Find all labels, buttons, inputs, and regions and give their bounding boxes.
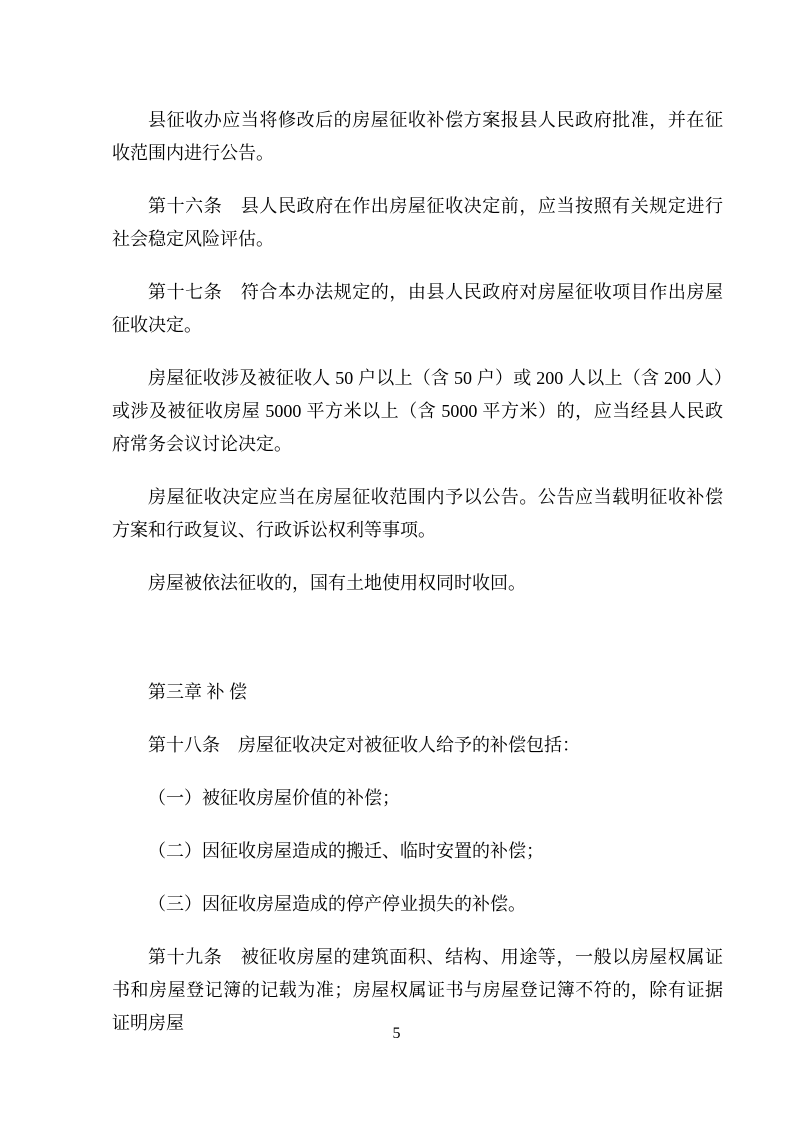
document-body: 县征收办应当将修改后的房屋征收补偿方案报县人民政府批准，并在征收范围内进行公告。… (112, 104, 723, 1060)
paragraph: 房屋征收涉及被征收人 50 户以上（含 50 户）或 200 人以上（含 200… (112, 362, 723, 461)
paragraph: 县征收办应当将修改后的房屋征收补偿方案报县人民政府批准，并在征收范围内进行公告。 (112, 104, 723, 170)
paragraph: （二）因征收房屋造成的搬迁、临时安置的补偿； (112, 835, 723, 868)
paragraph: 房屋被依法征收的，国有土地使用权同时收回。 (112, 567, 723, 600)
paragraph: （一）被征收房屋价值的补偿； (112, 782, 723, 815)
paragraph: （三）因征收房屋造成的停产停业损失的补偿。 (112, 888, 723, 921)
paragraph: 第十七条 符合本办法规定的，由县人民政府对房屋征收项目作出房屋征收决定。 (112, 276, 723, 342)
chapter-heading: 第三章 补 偿 (112, 676, 723, 709)
paragraph: 第十六条 县人民政府在作出房屋征收决定前，应当按照有关规定进行社会稳定风险评估。 (112, 190, 723, 256)
paragraph: 房屋征收决定应当在房屋征收范围内予以公告。公告应当载明征收补偿方案和行政复议、行… (112, 481, 723, 547)
page-number: 5 (0, 1017, 793, 1050)
document-page: 县征收办应当将修改后的房屋征收补偿方案报县人民政府批准，并在征收范围内进行公告。… (0, 0, 793, 1122)
paragraph: 第十八条 房屋征收决定对被征收人给予的补偿包括： (112, 729, 723, 762)
